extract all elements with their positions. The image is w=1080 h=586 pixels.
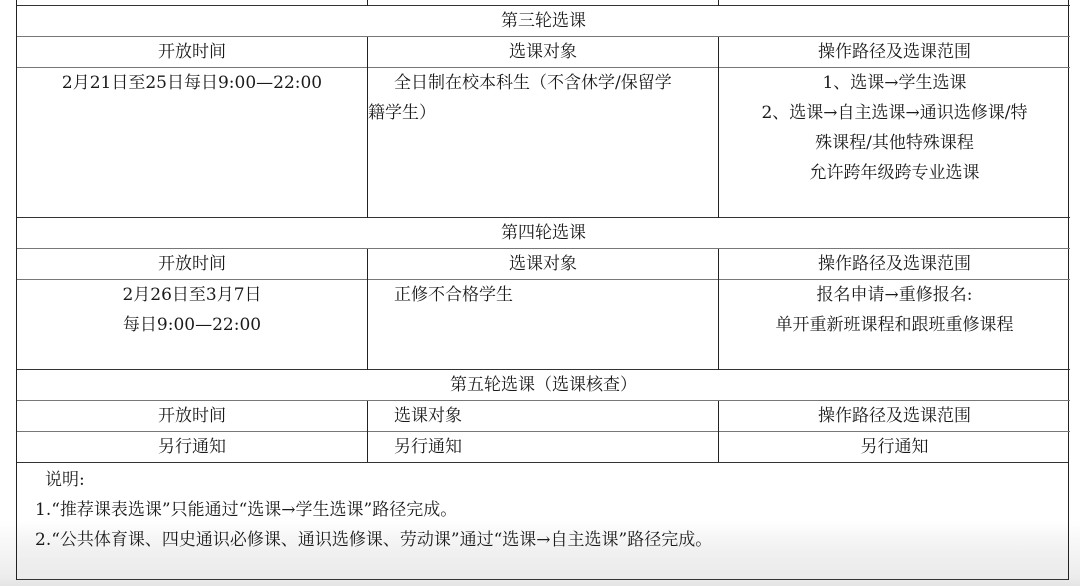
path-cell: 另行通知: [719, 432, 1071, 463]
open-time-line: 每日9:00—22:00: [17, 310, 367, 340]
path-line: 2、选课→自主选课→通识选修课/特: [719, 98, 1070, 128]
path-line: 报名申请→重修报名:: [719, 280, 1070, 310]
header-path: 操作路径及选课范围: [719, 401, 1071, 432]
note-item: 1.“推荐课表选课”只能通过“选课→学生选课”路径完成。: [35, 495, 1068, 525]
target-line: 全日制在校本科生（不含休学/保留学: [368, 68, 718, 98]
round-4-body-row: 2月26日至3月7日 每日9:00—22:00 正修不合格学生 报名申请→重修报…: [17, 280, 1070, 370]
round-5-body-row: 另行通知 另行通知 另行通知: [17, 432, 1070, 463]
notes-section: 说明: 1.“推荐课表选课”只能通过“选课→学生选课”路径完成。 2.“公共体育…: [17, 462, 1068, 580]
round-title: 第三轮选课: [17, 6, 1070, 37]
header-open-time: 开放时间: [17, 249, 368, 280]
document-page: 第三轮选课 开放时间 选课对象 操作路径及选课范围 2月21日至25日每日9:0…: [0, 0, 1080, 586]
header-target: 选课对象: [368, 401, 719, 432]
path-line: 允许跨年级跨专业选课: [719, 158, 1070, 188]
header-target: 选课对象: [368, 37, 719, 68]
open-time-cell: 另行通知: [17, 432, 368, 463]
round-5-header-row: 开放时间 选课对象 操作路径及选课范围: [17, 401, 1070, 432]
path-cell: 报名申请→重修报名: 单开重新班课程和跟班重修课程: [719, 280, 1071, 370]
open-time-line: 2月21日至25日每日9:00—22:00: [17, 68, 367, 98]
header-open-time: 开放时间: [17, 401, 368, 432]
path-line: 殊课程/其他特殊课程: [719, 128, 1070, 158]
round-4-header-row: 开放时间 选课对象 操作路径及选课范围: [17, 249, 1070, 280]
round-title: 第四轮选课: [17, 218, 1070, 249]
round-title: 第五轮选课（选课核查）: [17, 370, 1070, 401]
schedule-table: 第三轮选课 开放时间 选课对象 操作路径及选课范围 2月21日至25日每日9:0…: [17, 0, 1070, 462]
round-3-title-row: 第三轮选课: [17, 6, 1070, 37]
target-cell: 全日制在校本科生（不含休学/保留学 籍学生）: [368, 68, 719, 218]
open-time-cell: 2月26日至3月7日 每日9:00—22:00: [17, 280, 368, 370]
round-3-body-row: 2月21日至25日每日9:00—22:00 全日制在校本科生（不含休学/保留学 …: [17, 68, 1070, 218]
path-line: 单开重新班课程和跟班重修课程: [719, 310, 1070, 340]
target-line: 正修不合格学生: [394, 280, 718, 310]
open-time-line: 2月26日至3月7日: [17, 280, 367, 310]
round-3-header-row: 开放时间 选课对象 操作路径及选课范围: [17, 37, 1070, 68]
target-cell: 正修不合格学生: [368, 280, 719, 370]
target-line: 籍学生）: [368, 98, 718, 128]
path-line: 1、选课→学生选课: [719, 68, 1070, 98]
notes-label: 说明:: [41, 465, 1068, 495]
course-selection-schedule: 第三轮选课 开放时间 选课对象 操作路径及选课范围 2月21日至25日每日9:0…: [16, 0, 1069, 580]
path-cell: 1、选课→学生选课 2、选课→自主选课→通识选修课/特 殊课程/其他特殊课程 允…: [719, 68, 1071, 218]
round-5-title-row: 第五轮选课（选课核查）: [17, 370, 1070, 401]
note-item: 2.“公共体育课、四史通识必修课、通识选修课、劳动课”通过“选课→自主选课”路径…: [35, 525, 1068, 555]
open-time-cell: 2月21日至25日每日9:00—22:00: [17, 68, 368, 218]
header-open-time: 开放时间: [17, 37, 368, 68]
round-4-title-row: 第四轮选课: [17, 218, 1070, 249]
target-cell: 另行通知: [368, 432, 719, 463]
header-path: 操作路径及选课范围: [719, 249, 1071, 280]
header-path: 操作路径及选课范围: [719, 37, 1071, 68]
header-target: 选课对象: [368, 249, 719, 280]
